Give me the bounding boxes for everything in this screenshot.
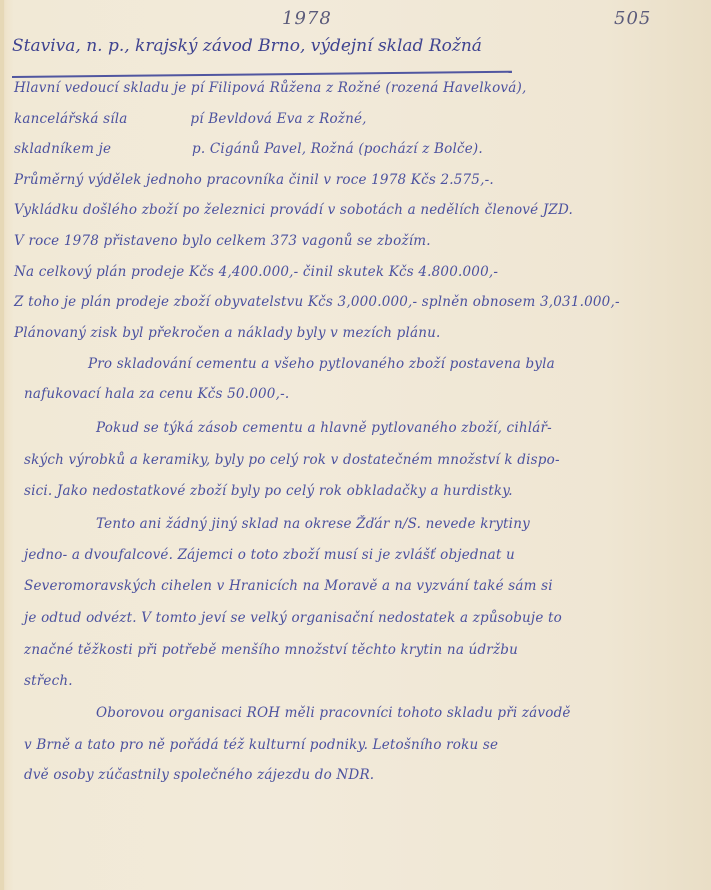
text-line: Průměrný výdělek jednoho pracovníka čini… xyxy=(14,172,494,188)
title-underline xyxy=(12,71,512,78)
text-line: v Brně a tato pro ně pořádá též kulturní… xyxy=(24,737,498,753)
handwritten-page: 1978 505 Staviva, n. p., krajský závod B… xyxy=(0,0,711,890)
text-line: Oborovou organisaci ROH měli pracovníci … xyxy=(96,705,571,721)
text-line: Plánovaný zisk byl překročen a náklady b… xyxy=(14,325,441,341)
text-line: Z toho je plán prodeje zboží obyvatelstv… xyxy=(14,294,620,310)
page-number: 505 xyxy=(614,8,651,29)
text-line: Tento ani žádný jiný sklad na okrese Žďá… xyxy=(96,516,530,532)
text-line: sici. Jako nedostatkové zboží byly po ce… xyxy=(24,483,513,499)
text-line: nafukovací hala za cenu Kčs 50.000,-. xyxy=(24,386,289,402)
text-line: Pro skladování cementu a všeho pytlované… xyxy=(88,356,555,372)
text-line: skladníkem je p. Cigánů Pavel, Rožná (po… xyxy=(14,141,483,157)
text-line: V roce 1978 přistaveno bylo celkem 373 v… xyxy=(14,233,431,249)
year-heading: 1978 xyxy=(282,8,332,29)
text-line: Pokud se týká zásob cementu a hlavně pyt… xyxy=(96,420,552,436)
text-line: Hlavní vedoucí skladu je pí Filipová Růž… xyxy=(14,80,526,96)
document-title: Staviva, n. p., krajský závod Brno, výde… xyxy=(12,36,482,56)
text-line: jedno- a dvoufalcové. Zájemci o toto zbo… xyxy=(24,547,515,563)
text-line: je odtud odvézt. V tomto jeví se velký o… xyxy=(24,610,562,626)
text-line: Severomoravských cihelen v Hranicích na … xyxy=(24,578,553,594)
text-line: kancelářská síla pí Bevldová Eva z Rožné… xyxy=(14,111,367,127)
text-line: střech. xyxy=(24,673,73,689)
text-line: Vykládku došlého zboží po železnici prov… xyxy=(14,202,573,218)
text-line: dvě osoby zúčastnily společného zájezdu … xyxy=(24,767,374,783)
text-line: ských výrobků a keramiky, byly po celý r… xyxy=(24,452,560,468)
text-line: Na celkový plán prodeje Kčs 4,400.000,- … xyxy=(14,264,498,280)
text-line: značné těžkosti při potřebě menšího množ… xyxy=(24,642,518,658)
